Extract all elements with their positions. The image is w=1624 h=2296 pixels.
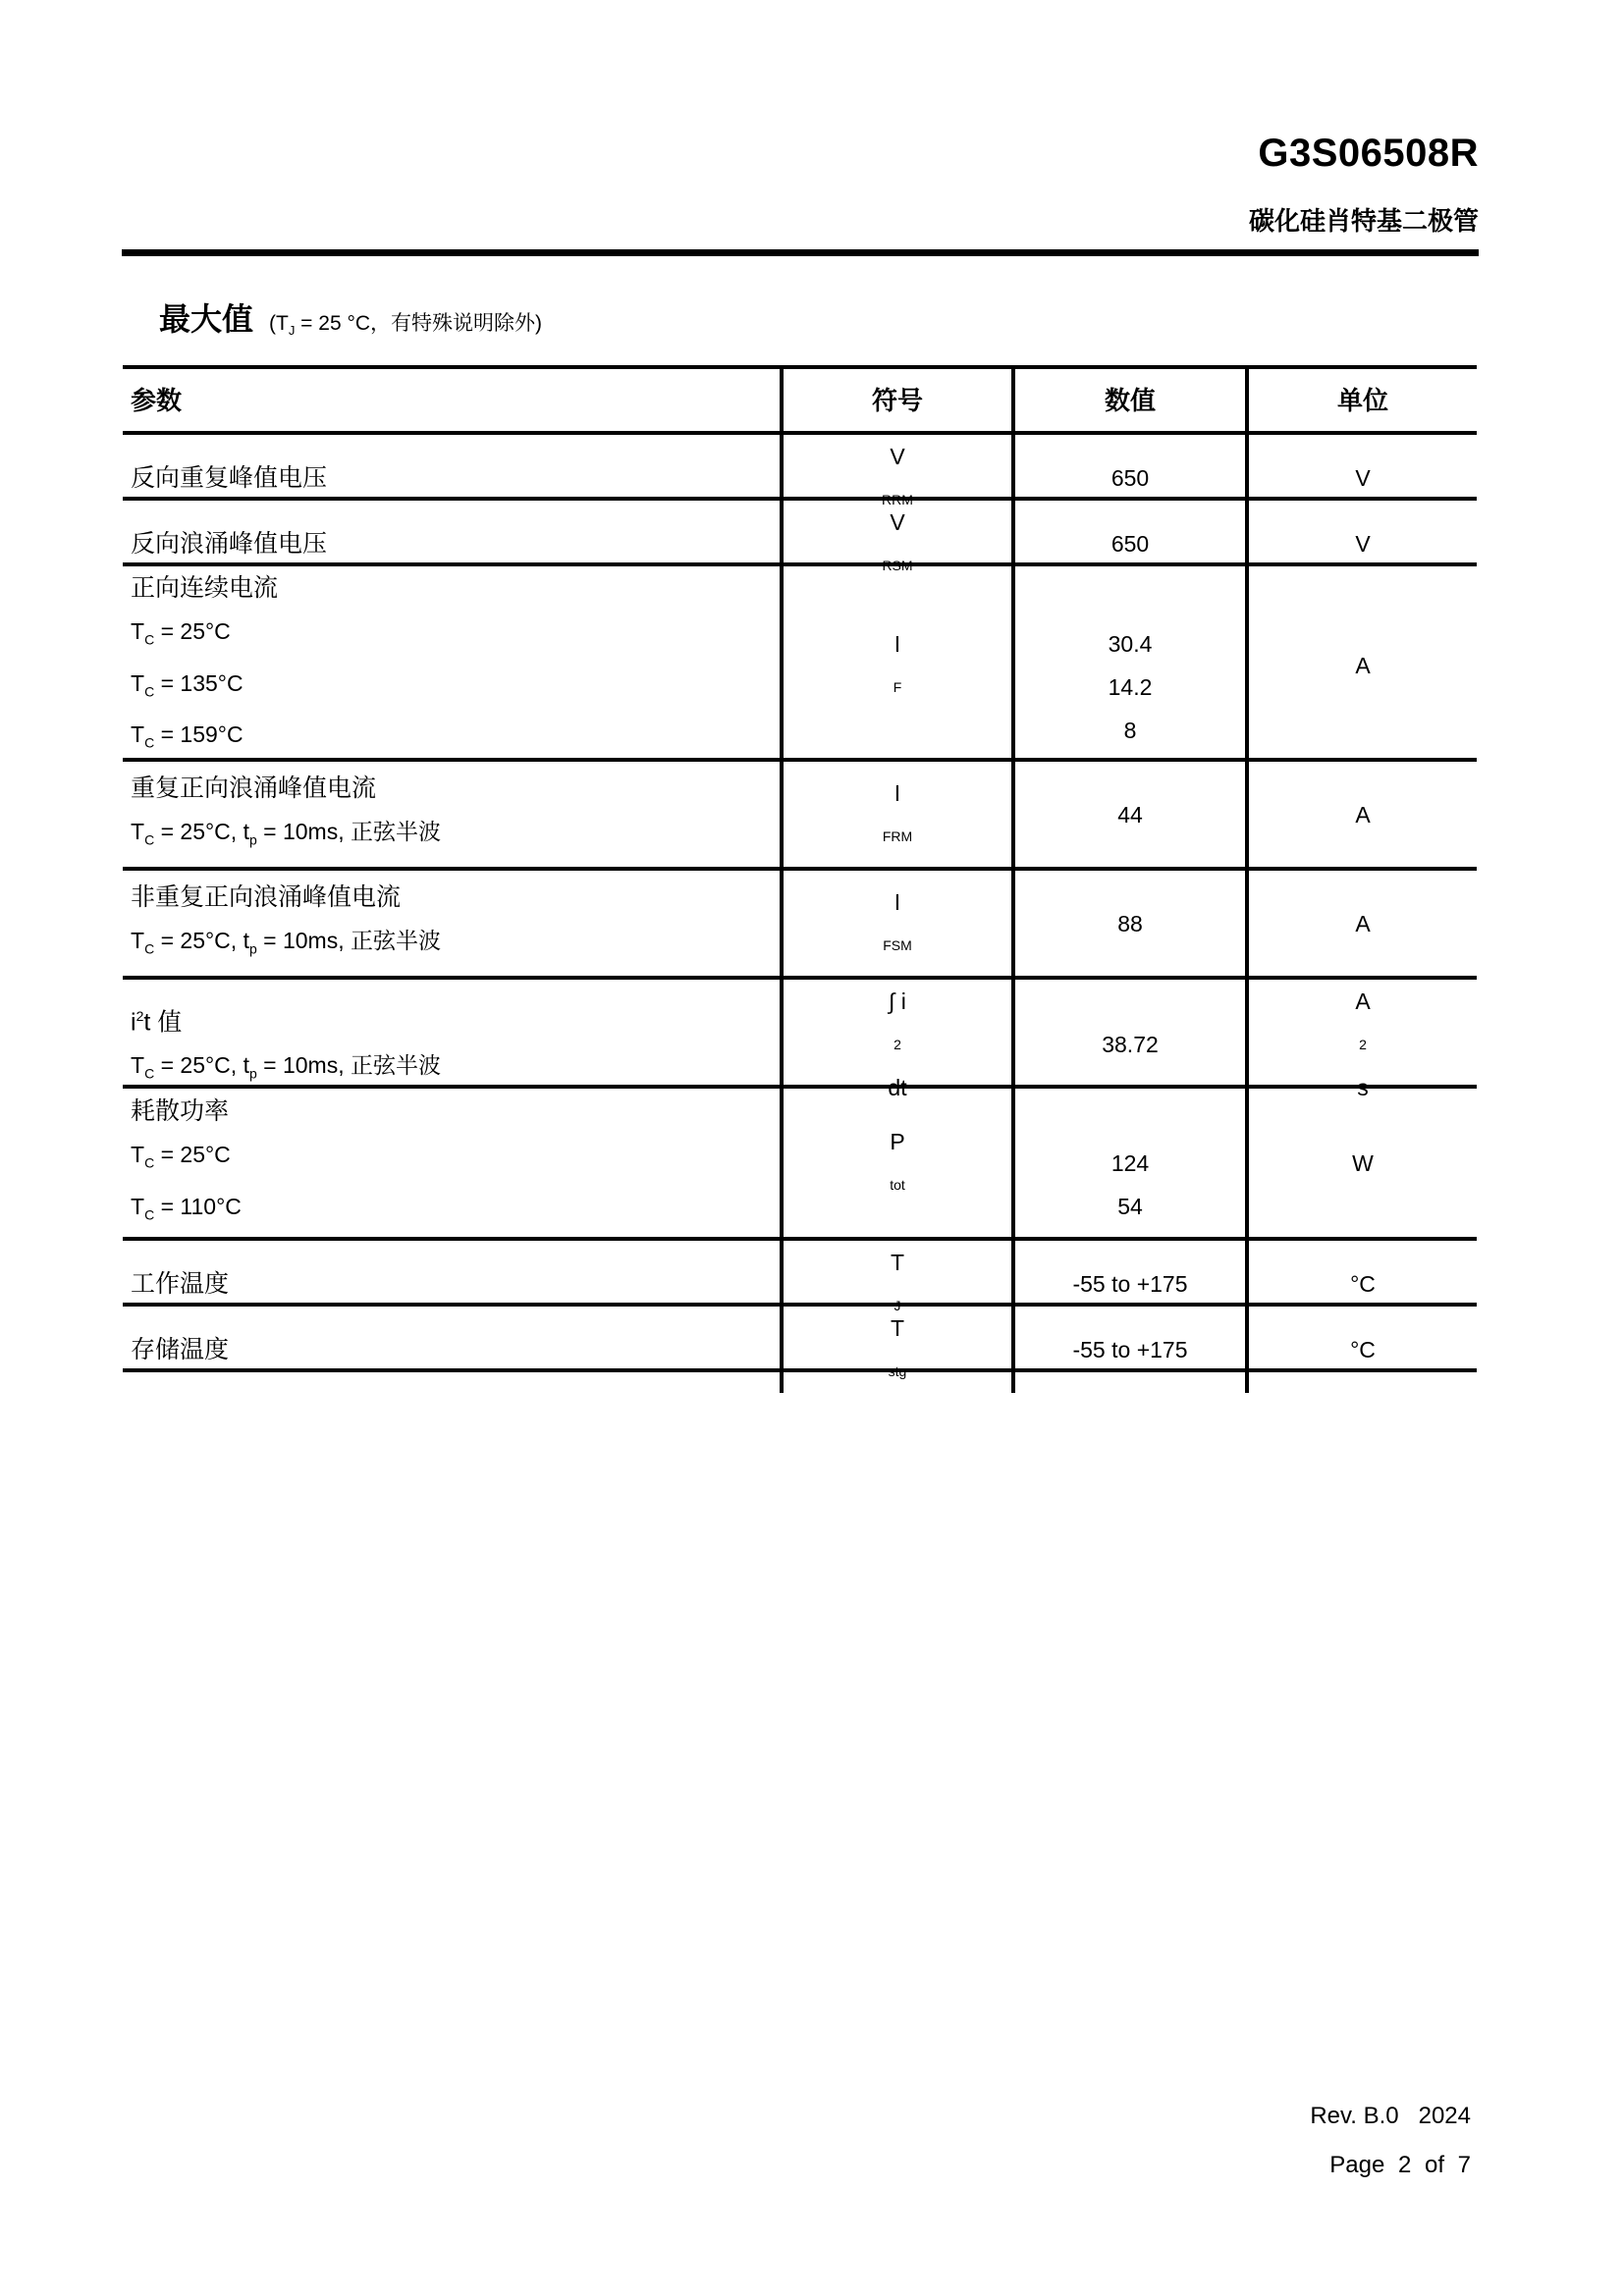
value-cell: 44 [1011,762,1245,867]
datasheet-page: G3S06508R 碳化硅肖特基二极管 最大值 (TJ = 25 °C，有特殊说… [0,0,1624,2296]
page-subtitle: 碳化硅肖特基二极管 [1249,201,1479,238]
symbol-cell: Tstg [780,1307,1011,1393]
unit-cell: A [1245,762,1477,867]
param-cell: 重复正向浪涌峰值电流TC = 25°C, tp = 10ms, 正弦半波 [123,762,780,867]
table-header-row: 参数符号数值单位 [123,369,1477,435]
table-row: 正向连续电流TC = 25°CTC = 135°CTC = 159°CIF 30… [123,566,1477,762]
param-condition: TC = 25°C, tp = 10ms, 正弦半波 [131,919,780,971]
param-name: 非重复正向浪涌峰值电流 [131,876,780,919]
table-row: 工作温度TJ-55 to +175°C [123,1241,1477,1307]
value-cell: 30.414.28 [1011,566,1245,765]
param-name: 反向重复峰值电压 [131,456,780,500]
table-row: 耗散功率TC = 25°CTC = 110°CPtot 12454W [123,1089,1477,1241]
value: 30.4 [1109,622,1153,666]
param-cell: 非重复正向浪涌峰值电流TC = 25°C, tp = 10ms, 正弦半波 [123,871,780,976]
value-cell: -55 to +175 [1011,1307,1245,1393]
unit-cell: W [1245,1089,1477,1237]
column-header: 参数 [123,369,780,431]
param-name: 正向连续电流 [131,566,780,610]
header-divider [122,249,1479,256]
symbol-cell: IFRM [780,762,1011,867]
page-number: Page 2 of 7 [1329,2152,1471,2179]
value: 124 [1111,1142,1149,1185]
table-rows: 参数符号数值单位反向重复峰值电压VRRM650V反向浪涌峰值电压VRSM650V… [123,369,1477,1372]
param-name: 耗散功率 [131,1090,780,1133]
value: 8 [1124,709,1137,752]
value-cell: 12454 [1011,1089,1245,1237]
param-condition: TC = 25°C, tp = 10ms, 正弦半波 [131,810,780,862]
revision-label: Rev. B.0 2024 [1310,2103,1471,2130]
param-cell: 正向连续电流TC = 25°CTC = 135°CTC = 159°C [123,566,780,765]
value-cell: 88 [1011,871,1245,976]
column-header: 数值 [1011,369,1245,431]
symbol-cell: Ptot [780,1089,1011,1237]
table-row: 非重复正向浪涌峰值电流TC = 25°C, tp = 10ms, 正弦半波IFS… [123,871,1477,980]
page-title: G3S06508R [1258,132,1479,176]
param-name: i2t 值 [131,994,780,1043]
table-row: i2t 值TC = 25°C, tp = 10ms, 正弦半波∫ i2dt38.… [123,980,1477,1089]
param-name: 工作温度 [131,1262,780,1306]
symbol-cell: IFSM [780,871,1011,976]
param-condition: TC = 110°C [131,1185,780,1237]
table-row: 反向重复峰值电压VRRM650V [123,435,1477,501]
param-name: 反向浪涌峰值电压 [131,522,780,565]
param-condition: TC = 25°C [131,610,780,662]
table-row: 反向浪涌峰值电压VRSM650V [123,501,1477,566]
param-condition: TC = 25°C, tp = 10ms, 正弦半波 [131,1043,780,1095]
table-row: 重复正向浪涌峰值电流TC = 25°C, tp = 10ms, 正弦半波IFRM… [123,762,1477,871]
value: 54 [1117,1185,1143,1228]
param-condition: TC = 135°C [131,662,780,714]
unit-cell: °C [1245,1307,1477,1393]
unit-cell: A [1245,871,1477,976]
section-heading: 最大值 (TJ = 25 °C，有特殊说明除外) [159,294,542,340]
section-condition: (TJ = 25 °C，有特殊说明除外) [269,307,542,338]
column-header: 符号 [780,369,1011,431]
value: 14.2 [1109,666,1153,709]
value-spacer [1127,579,1133,622]
section-title: 最大值 [159,294,253,340]
value-spacer [1127,1098,1133,1142]
unit-cell: A [1245,566,1477,765]
param-cell: 耗散功率TC = 25°CTC = 110°C [123,1089,780,1237]
param-name: 重复正向浪涌峰值电流 [131,767,780,810]
param-name: 存储温度 [131,1328,780,1371]
param-condition: TC = 159°C [131,713,780,765]
param-cell: 存储温度 [123,1307,780,1393]
param-condition: TC = 25°C [131,1133,780,1185]
max-ratings-table: 参数符号数值单位反向重复峰值电压VRRM650V反向浪涌峰值电压VRSM650V… [123,365,1477,1372]
table-row: 存储温度Tstg-55 to +175°C [123,1307,1477,1372]
column-header: 单位 [1245,369,1477,431]
symbol-cell: IF [780,566,1011,765]
